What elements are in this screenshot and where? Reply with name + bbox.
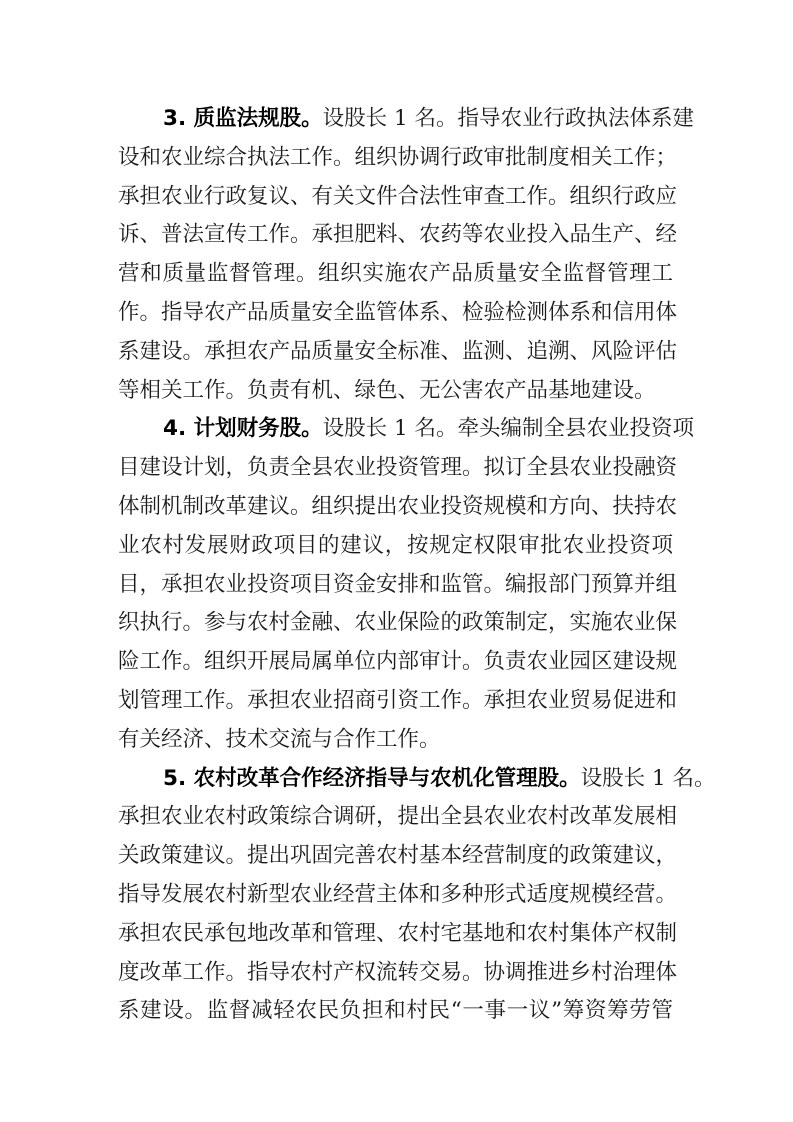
paragraph-line: 4. 计划财务股。设股长 1 名。牵头编制全县农业投资项 xyxy=(118,410,673,449)
paragraph-line: 业农村发展财政项目的建议，按规定权限审批农业投资项 xyxy=(118,527,673,566)
section-quality-supervision: 3. 质监法规股。设股长 1 名。指导农业行政执法体系建 设和农业综合执法工作。… xyxy=(118,100,676,410)
paragraph-line: 设和农业综合执法工作。组织协调行政审批制度相关工作； xyxy=(118,139,673,178)
section-heading: 3. 质监法规股。 xyxy=(163,106,323,131)
paragraph-line: 诉、普法宣传工作。承担肥料、农药等农业投入品生产、经 xyxy=(118,216,673,255)
paragraph-line: 承担农业农村政策综合调研，提出全县农业农村改革发展相 xyxy=(118,798,673,837)
section-planning-finance: 4. 计划财务股。设股长 1 名。牵头编制全县农业投资项 目建设计划，负责全县农… xyxy=(118,410,676,759)
paragraph-line: 度改革工作。指导农村产权流转交易。协调推进乡村治理体 xyxy=(118,954,673,993)
paragraph-line: 承担农业行政复议、有关文件合法性审查工作。组织行政应 xyxy=(118,178,673,217)
paragraph-line: 系建设。承担农产品质量安全标准、监测、追溯、风险评估 xyxy=(118,333,673,372)
paragraph-line: 目建设计划，负责全县农业投资管理。拟订全县农业投融资 xyxy=(118,449,673,488)
paragraph-line: 目，承担农业投资项目资金安排和监管。编报部门预算并组 xyxy=(118,566,673,605)
paragraph-line: 作。指导农产品质量安全监管体系、检验检测体系和信用体 xyxy=(118,294,673,333)
section-heading: 5. 农村改革合作经济指导与农机化管理股。 xyxy=(163,766,581,791)
document-page: 3. 质监法规股。设股长 1 名。指导农业行政执法体系建 设和农业综合执法工作。… xyxy=(118,100,676,1031)
paragraph-line: 系建设。监督减轻农民负担和村民“一事一议”筹资筹劳管 xyxy=(118,992,673,1031)
paragraph-line: 险工作。组织开展局属单位内部审计。负责农业园区建设规 xyxy=(118,643,673,682)
section-rural-reform: 5. 农村改革合作经济指导与农机化管理股。设股长 1 名。 承担农业农村政策综合… xyxy=(118,760,676,1032)
paragraph-line: 等相关工作。负责有机、绿色、无公害农产品基地建设。 xyxy=(118,372,673,411)
section-heading: 4. 计划财务股。 xyxy=(163,416,323,441)
paragraph-line: 5. 农村改革合作经济指导与农机化管理股。设股长 1 名。 xyxy=(118,760,673,799)
paragraph-line: 织执行。参与农村金融、农业保险的政策制定，实施农业保 xyxy=(118,604,673,643)
paragraph-line: 关政策建议。提出巩固完善农村基本经营制度的政策建议， xyxy=(118,837,673,876)
paragraph-line: 体制机制改革建议。组织提出农业投资规模和方向、扶持农 xyxy=(118,488,673,527)
paragraph-line: 划管理工作。承担农业招商引资工作。承担农业贸易促进和 xyxy=(118,682,673,721)
paragraph-line: 承担农民承包地改革和管理、农村宅基地和农村集体产权制 xyxy=(118,915,673,954)
paragraph-line: 指导发展农村新型农业经营主体和多种形式适度规模经营。 xyxy=(118,876,673,915)
paragraph-line: 营和质量监督管理。组织实施农产品质量安全监督管理工 xyxy=(118,255,673,294)
paragraph-line: 3. 质监法规股。设股长 1 名。指导农业行政执法体系建 xyxy=(118,100,673,139)
paragraph-line: 有关经济、技术交流与合作工作。 xyxy=(118,721,673,760)
